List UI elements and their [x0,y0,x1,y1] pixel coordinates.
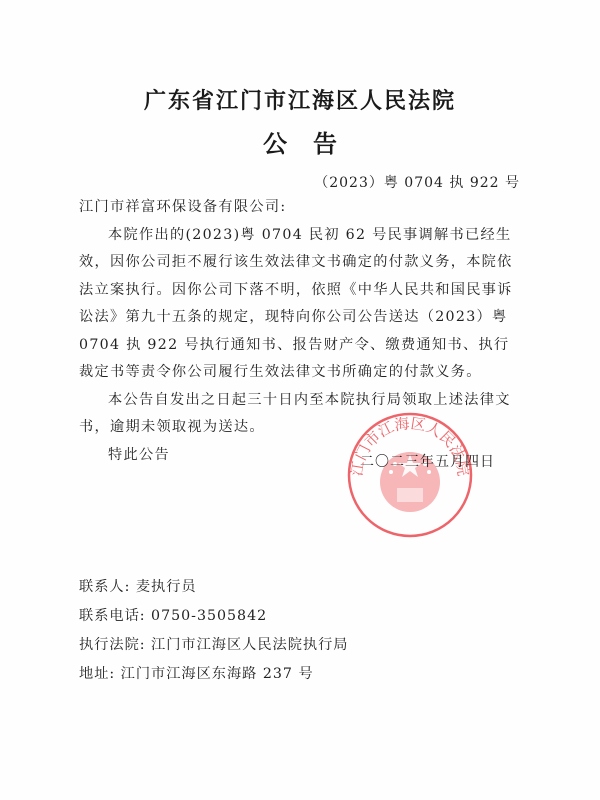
notice-date: 二〇二三年五月四日 [360,451,495,471]
address-row: 地址: 江门市江海区东海路 237 号 [79,660,349,689]
contact-person-label: 联系人: [79,579,130,595]
contact-info: 联系人: 麦执行员 联系电话: 0750-3505842 执行法院: 江门市江海… [79,573,349,689]
executing-court-value: 江门市江海区人民法院执行局 [151,637,348,653]
address-label: 地址: [79,666,115,682]
contact-phone-label: 联系电话: [79,608,146,624]
executing-court-row: 执行法院: 江门市江海区人民法院执行局 [79,631,349,660]
document-type-heading: 公告 [0,124,600,159]
contact-person-row: 联系人: 麦执行员 [79,573,349,602]
contact-person-value: 麦执行员 [136,579,197,595]
case-number: （2023）粤 0704 执 922 号 [314,172,520,192]
addressee: 江门市祥富环保设备有限公司: [79,194,519,222]
notice-paragraph-main: 本院作出的(2023)粤 0704 民初 62 号民事调解书已经生效，因你公司拒… [79,222,519,387]
executing-court-label: 执行法院: [79,637,146,653]
contact-phone-value: 0750-3505842 [151,608,267,624]
address-value: 江门市江海区东海路 237 号 [121,666,314,682]
court-name-heading: 广东省江门市江海区人民法院 [0,84,600,115]
document-page: 广东省江门市江海区人民法院 公告 （2023）粤 0704 执 922 号 江门… [0,0,600,800]
contact-phone-row: 联系电话: 0750-3505842 [79,602,349,631]
court-seal-icon: 江门市江海区人民法院 [345,410,475,540]
